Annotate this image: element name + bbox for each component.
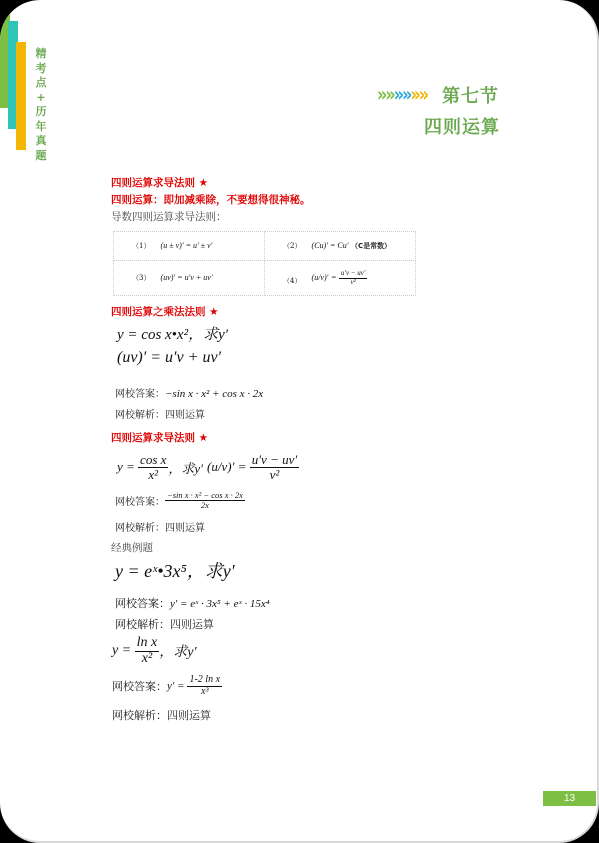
numerator: ln x	[135, 636, 160, 652]
example2-answer: 网校答案： y′ = 1-2 ln xx³	[112, 675, 222, 697]
rule-note: （C是常数）	[351, 242, 391, 250]
rule-formula: (uv)′ = u′v + uv′	[161, 273, 213, 282]
section2-rule: (uv)′ = u′v + uv′	[117, 349, 221, 367]
denominator: v²	[349, 279, 358, 286]
rule-index: （3）	[114, 273, 158, 283]
derivative-rules-table: （1） (u ± v)′ = u′ ± v′ （2） (Cu)′ = Cu′ （…	[113, 231, 416, 296]
analysis-value: 四则运算	[170, 618, 214, 631]
example1-answer: 网校答案：y′ = eˣ · 3x⁵ + eˣ · 15x⁴	[115, 594, 270, 612]
section-title: 四则运算	[424, 113, 500, 139]
section2-analysis: 网校解析：四则运算	[115, 405, 205, 423]
rule-index: （2）	[265, 241, 309, 251]
example2-analysis: 网校解析：四则运算	[112, 706, 211, 724]
chevron-icon: »	[394, 83, 399, 106]
section1-tip: 四则运算：即加减乘除，不要想得很神秘。	[111, 192, 311, 207]
analysis-value: 四则运算	[165, 523, 205, 534]
rule-formula: (Cu)′ = Cu′	[312, 241, 349, 250]
rule-lhs: (u/v)′	[207, 459, 234, 475]
rule-cell: （2） (Cu)′ = Cu′ （C是常数）	[265, 232, 416, 261]
rule-cell: （3） (uv)′ = u′v + uv′	[114, 261, 265, 296]
denominator: v²	[268, 468, 282, 482]
vertical-label: 精 考 点 + 历 年 真 题	[35, 47, 47, 163]
vertical-char: 考	[35, 62, 47, 77]
section3-analysis: 网校解析：四则运算	[115, 518, 205, 536]
section1-intro: 导数四则运算求导法则：	[111, 209, 227, 224]
rule-cell: （4） (u/v)′ = u′v − uv′ v²	[265, 261, 416, 296]
chevron-icon: »	[377, 83, 382, 106]
denominator: x²	[146, 468, 160, 482]
numerator: cos x	[138, 453, 168, 468]
denominator: 2x	[199, 501, 211, 510]
analysis-label: 网校解析：	[115, 523, 165, 534]
analysis-value: 四则运算	[167, 709, 211, 722]
vertical-char: 年	[35, 120, 47, 135]
section-number: 第七节	[442, 82, 499, 108]
chevron-icon: »	[385, 83, 390, 106]
analysis-value: 四则运算	[165, 410, 205, 421]
example1-problem: y = eˣ•3x⁵，求y′	[115, 557, 235, 583]
rule-formula: (u/v)′	[312, 273, 329, 282]
document-page: 精 考 点 + 历 年 真 题 » » » » » » 第七节 四则运算 四则运…	[0, 0, 599, 843]
section2-answer: 网校答案：−sin x · x² + cos x · 2x	[115, 385, 263, 400]
chevron-icon: »	[419, 83, 424, 106]
answer-label: 网校答案：	[115, 597, 170, 610]
analysis-label: 网校解析：	[115, 410, 165, 421]
chevron-icon: »	[402, 83, 407, 106]
example1-analysis: 网校解析：四则运算	[115, 615, 214, 633]
numerator: u′v − uv′	[250, 453, 300, 468]
section2-heading: 四则运算之乘法法则 ★	[111, 304, 219, 319]
vertical-char: 精	[35, 47, 47, 62]
rule-fraction: u′v − uv′ v²	[339, 270, 368, 286]
examples-heading: 经典例题	[111, 540, 153, 555]
section2-problem: y = cos x•x²，求y′	[117, 323, 228, 344]
answer-value: −sin x · x² + cos x · 2x	[165, 388, 263, 400]
rule-formula: (u ± v)′ = u′ ± v′	[161, 241, 213, 250]
analysis-label: 网校解析：	[115, 618, 170, 631]
denominator: x³	[199, 687, 210, 698]
rule-cell: （1） (u ± v)′ = u′ ± v′	[114, 232, 265, 261]
denominator: x²	[140, 652, 154, 667]
answer-lhs: y′ =	[167, 680, 184, 692]
chevron-decoration: » » » » » »	[377, 84, 427, 104]
section3-heading: 四则运算求导法则 ★	[111, 430, 208, 445]
analysis-label: 网校解析：	[112, 709, 167, 722]
chevron-icon: »	[410, 83, 415, 106]
section3-answer: 网校答案： −sin x · x² − cos x · 2x2x	[115, 491, 245, 510]
numerator: 1-2 ln x	[187, 675, 222, 687]
vertical-char: 题	[35, 149, 47, 164]
problem-suffix: ，求y′	[159, 641, 196, 661]
page-number: 13	[543, 791, 596, 806]
section1-heading: 四则运算求导法则 ★	[111, 175, 208, 190]
example2-problem: y = ln xx² ，求y′	[112, 636, 197, 666]
vertical-char: 真	[35, 134, 47, 149]
rule-index: （1）	[114, 241, 158, 251]
vertical-char: +	[35, 91, 47, 106]
answer-value: y′ = eˣ · 3x⁵ + eˣ · 15x⁴	[170, 598, 270, 610]
section3-problem: y = cos xx² ，求y′ (u/v)′ = u′v − uv′v²	[117, 453, 299, 481]
rule-index: （4）	[265, 276, 309, 286]
vertical-char: 点	[35, 76, 47, 91]
decor-bar-orange	[16, 42, 26, 150]
answer-label: 网校答案：	[115, 389, 165, 400]
vertical-char: 历	[35, 105, 47, 120]
problem-suffix: ，求y′	[168, 458, 203, 477]
answer-label: 网校答案：	[112, 678, 167, 694]
answer-label: 网校答案：	[115, 493, 165, 508]
